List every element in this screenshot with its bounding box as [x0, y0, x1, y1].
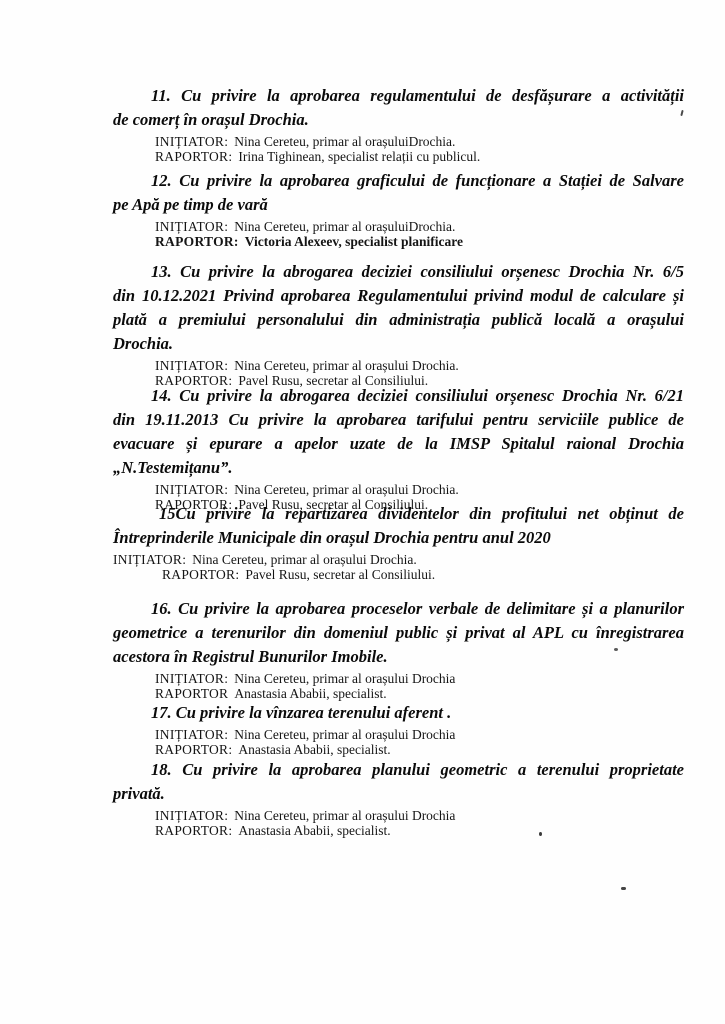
raportor-value: Irina Tighinean, specialist relații cu p… — [238, 149, 480, 164]
agenda-item-title-line: Drochia. — [113, 332, 684, 356]
initiator-label: INIȚIATOR: — [113, 552, 186, 567]
agenda-item-meta: INIȚIATOR:Nina Cereteu, primar al orașul… — [113, 808, 684, 838]
raportor-line: RAPORTORAnastasia Ababii, specialist. — [113, 686, 684, 701]
initiator-label: INIȚIATOR: — [155, 219, 228, 234]
raportor-label: RAPORTOR: — [162, 567, 239, 582]
initiator-line: INIȚIATOR:Nina Cereteu, primar al orașul… — [113, 808, 684, 823]
initiator-label: INIȚIATOR: — [155, 727, 228, 742]
initiator-label: INIȚIATOR: — [155, 808, 228, 823]
raportor-value: Victoria Alexeev, specialist planificare — [245, 234, 463, 249]
raportor-line: RAPORTOR:Irina Tighinean, specialist rel… — [113, 149, 684, 164]
agenda-item-title-line: 13. Cu privire la abrogarea deciziei con… — [113, 260, 684, 284]
raportor-value: Anastasia Ababii, specialist. — [234, 686, 386, 701]
agenda-item-meta: INIȚIATOR:Nina Cereteu, primar al orașul… — [113, 134, 684, 164]
raportor-value: Anastasia Ababii, specialist. — [238, 823, 390, 838]
agenda-item-title-line: Întreprinderile Municipale din orașul Dr… — [113, 526, 684, 550]
agenda-item-title-line: 17. Cu privire la vînzarea terenului afe… — [113, 701, 684, 725]
initiator-line: INIȚIATOR:Nina Cereteu, primar al orașul… — [113, 482, 684, 497]
raportor-label: RAPORTOR: — [155, 149, 232, 164]
agenda-item-17: 17. Cu privire la vînzarea terenului afe… — [113, 701, 684, 757]
initiator-line: INIȚIATOR:Nina Cereteu, primar al orașul… — [113, 552, 684, 567]
raportor-label: RAPORTOR — [155, 686, 228, 701]
raportor-label: RAPORTOR: — [155, 234, 239, 249]
raportor-line: RAPORTOR:Pavel Rusu, secretar al Consili… — [113, 567, 684, 582]
agenda-item-meta: INIȚIATOR:Nina Cereteu, primar al orașul… — [113, 671, 684, 701]
agenda-item-title-line: 18. Cu privire la aprobarea planului geo… — [113, 758, 684, 782]
raportor-label: RAPORTOR: — [155, 823, 232, 838]
initiator-label: INIȚIATOR: — [155, 358, 228, 373]
initiator-line: INIȚIATOR:Nina Cereteu, primar al orașul… — [113, 671, 684, 686]
raportor-line: RAPORTOR:Anastasia Ababii, specialist. — [113, 742, 684, 757]
initiator-value: Nina Cereteu, primar al orașului Drochia — [234, 808, 455, 823]
agenda-item-12: 12. Cu privire la aprobarea graficului d… — [113, 169, 684, 249]
agenda-item-title-line: geometrice a terenurilor din domeniul pu… — [113, 621, 684, 645]
agenda-item-title-line: 11. Cu privire la aprobarea regulamentul… — [113, 84, 684, 108]
raportor-value: Anastasia Ababii, specialist. — [238, 742, 390, 757]
raportor-line: RAPORTOR:Victoria Alexeev, specialist pl… — [113, 234, 684, 249]
initiator-line: INIȚIATOR:Nina Cereteu, primar al orașul… — [113, 219, 684, 234]
raportor-label: RAPORTOR: — [155, 742, 232, 757]
agenda-item-meta: INIȚIATOR:Nina Cereteu, primar al orașul… — [113, 219, 684, 249]
agenda-item-title-line: acestora în Registrul Bunurilor Imobile. — [113, 645, 684, 669]
initiator-value: Nina Cereteu, primar al orașuluiDrochia. — [234, 134, 455, 149]
agenda-item-title-line: din 10.12.2021 Privind aprobarea Regulam… — [113, 284, 684, 308]
agenda-item-title-line: evacuare și epurare a apelor uzate de la… — [113, 432, 684, 456]
agenda-item-title-line: 15Cu privire la repartizarea dividentelo… — [113, 502, 684, 526]
initiator-value: Nina Cereteu, primar al orașului Drochia… — [234, 482, 459, 497]
scan-artifact — [539, 832, 542, 836]
agenda-item-title-line: de comerț în orașul Drochia. — [113, 108, 684, 132]
scan-artifact — [621, 887, 626, 890]
initiator-value: Nina Cereteu, primar al orașului Drochia… — [192, 552, 417, 567]
agenda-item-11: 11. Cu privire la aprobarea regulamentul… — [113, 84, 684, 164]
agenda-item-title-line: plată a premiului personalului din admin… — [113, 308, 684, 332]
raportor-value: Pavel Rusu, secretar al Consiliului. — [245, 567, 435, 582]
agenda-item-title-line: pe Apă pe timp de vară — [113, 193, 684, 217]
raportor-line: RAPORTOR:Anastasia Ababii, specialist. — [113, 823, 684, 838]
initiator-label: INIȚIATOR: — [155, 134, 228, 149]
agenda-item-15: 15Cu privire la repartizarea dividentelo… — [113, 502, 684, 582]
initiator-value: Nina Cereteu, primar al orașuluiDrochia. — [234, 219, 455, 234]
agenda-item-13: 13. Cu privire la abrogarea deciziei con… — [113, 260, 684, 388]
agenda-item-18: 18. Cu privire la aprobarea planului geo… — [113, 758, 684, 838]
agenda-item-title-line: „N.Testemițanu”. — [113, 456, 684, 480]
initiator-value: Nina Cereteu, primar al orașului Drochia — [234, 671, 455, 686]
agenda-item-16: 16. Cu privire la aprobarea proceselor v… — [113, 597, 684, 701]
initiator-line: INIȚIATOR:Nina Cereteu, primar al orașul… — [113, 358, 684, 373]
initiator-value: Nina Cereteu, primar al orașului Drochia — [234, 727, 455, 742]
agenda-item-title-line: privată. — [113, 782, 684, 806]
initiator-line: INIȚIATOR:Nina Cereteu, primar al orașul… — [113, 727, 684, 742]
document-page: 11. Cu privire la aprobarea regulamentul… — [0, 0, 725, 1024]
initiator-value: Nina Cereteu, primar al orașului Drochia… — [234, 358, 459, 373]
agenda-item-meta: INIȚIATOR:Nina Cereteu, primar al orașul… — [113, 727, 684, 757]
agenda-item-title-line: 12. Cu privire la aprobarea graficului d… — [113, 169, 684, 193]
agenda-item-meta: INIȚIATOR:Nina Cereteu, primar al orașul… — [113, 552, 684, 582]
initiator-label: INIȚIATOR: — [155, 671, 228, 686]
agenda-item-title-line: din 19.11.2013 Cu privire la aprobarea t… — [113, 408, 684, 432]
agenda-item-title-line: 16. Cu privire la aprobarea proceselor v… — [113, 597, 684, 621]
agenda-item-14: 14. Cu privire la abrogarea deciziei con… — [113, 384, 684, 512]
initiator-line: INIȚIATOR:Nina Cereteu, primar al orașul… — [113, 134, 684, 149]
scan-artifact — [614, 648, 618, 651]
agenda-item-title-line: 14. Cu privire la abrogarea deciziei con… — [113, 384, 684, 408]
initiator-label: INIȚIATOR: — [155, 482, 228, 497]
